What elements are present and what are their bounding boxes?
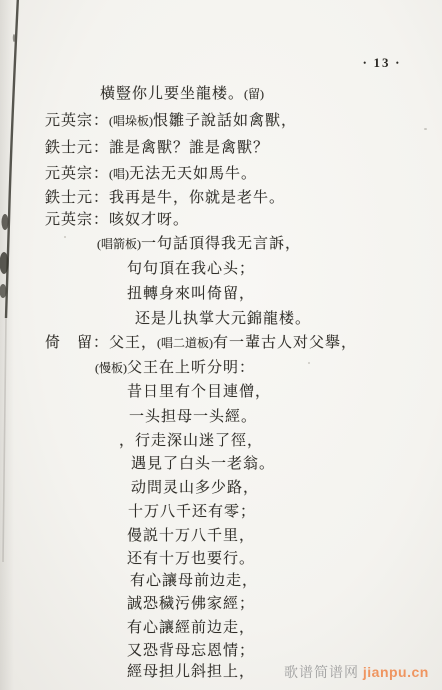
line-text: 有心讓經前边走， [127, 620, 255, 636]
line-text: 誠恐穢污佛家經； [127, 596, 255, 612]
script-line: 倚 留：父王，(唱二道板)有一輩古人对父擧， [45, 331, 357, 351]
line-text: 有心讓母前边走， [130, 573, 258, 589]
stage-direction: (唱二道板) [157, 336, 213, 350]
watermark-site-url: jianpu.cn [363, 664, 429, 680]
line-text: 动問灵山多少路， [131, 480, 259, 496]
speaker-name: 元英宗： [45, 212, 109, 228]
script-line: 又恐背母忘恩情； [127, 639, 255, 659]
script-line: 僈説十万八千里， [127, 524, 255, 544]
stage-direction: (慢板) [95, 361, 127, 375]
watermark-site-name: 歌谱简谱网 [284, 664, 359, 680]
line-text: 僈説十万八千里， [127, 528, 255, 544]
line-text: 一头担母一头經。 [129, 409, 257, 425]
script-line: 經母担儿斜担上， [127, 660, 255, 680]
script-line: 昔日里有个目連僧， [127, 380, 271, 400]
line-text: 有一輩古人对父擧， [213, 335, 357, 351]
script-line: 十万八千还有零； [128, 500, 256, 520]
stage-direction: (唱垛板) [109, 114, 153, 128]
line-text: 父王， [109, 335, 157, 351]
scan-speck [64, 236, 66, 238]
line-text: 誰是禽獸？誰是禽獸？ [109, 140, 269, 156]
line-text: 又恐背母忘恩情； [127, 643, 255, 659]
script-line: 还有十万也要行。 [127, 547, 255, 567]
line-text: 还是儿执掌大元錦龍楼。 [135, 311, 311, 327]
speaker-name: 鉄士元： [45, 190, 109, 206]
script-line: 遇見了白头一老翁。 [131, 452, 275, 472]
script-text-block: 橫豎你儿要坐龍楼。(留)元英宗：(唱垛板)恨雛子說話如禽獸，鉄士元：誰是禽獸？誰… [0, 0, 442, 690]
speaker-name: 元英宗： [45, 166, 109, 182]
line-text: 經母担儿斜担上， [127, 664, 255, 680]
script-line: 元英宗：咳奴才呀。 [45, 208, 189, 228]
line-text: 还有十万也要行。 [127, 551, 255, 567]
script-line: 动問灵山多少路， [131, 476, 259, 496]
script-line: ，行走深山迷了徑， [119, 429, 263, 449]
script-line: 元英宗：(唱垛板)恨雛子說話如禽獸， [45, 109, 297, 129]
stage-direction: (留) [244, 87, 264, 101]
script-line: 扭轉身來叫倚留， [127, 282, 255, 302]
speaker-name: 元英宗： [45, 113, 109, 129]
stage-direction: (唱) [109, 167, 129, 181]
script-line: 鉄士元：誰是禽獸？誰是禽獸？ [45, 136, 269, 156]
line-text: 父王在上听分明： [127, 360, 255, 376]
script-line: 一头担母一头經。 [129, 405, 257, 425]
script-line: (慢板)父王在上听分明： [95, 356, 255, 376]
script-line: 誠恐穢污佛家經； [127, 592, 255, 612]
watermark: 歌谱简谱网 jianpu.cn [284, 662, 429, 682]
script-line: 还是儿执掌大元錦龍楼。 [135, 307, 311, 327]
script-line: 有心讓母前边走， [130, 569, 258, 589]
line-text: 十万八千还有零； [128, 504, 256, 520]
script-line: 元英宗：(唱)无法无天如馬牛。 [45, 162, 257, 182]
line-text: 无法无天如馬牛。 [129, 166, 257, 182]
line-text: 我再是牛，你就是老牛。 [109, 190, 285, 206]
script-line: 句句頂在我心头； [127, 257, 255, 277]
script-line: (唱箭板)一句話頂得我无言訴， [97, 232, 301, 252]
scan-speck [424, 128, 427, 130]
scan-speck [308, 362, 310, 364]
speaker-name: 鉄士元： [45, 140, 109, 156]
line-text: 恨雛子說話如禽獸， [153, 113, 297, 129]
line-text: 一句話頂得我无言訴， [141, 236, 301, 252]
script-line: 鉄士元：我再是牛，你就是老牛。 [45, 186, 285, 206]
line-text: 遇見了白头一老翁。 [131, 456, 275, 472]
speaker-name: 倚 留： [45, 335, 109, 351]
line-text: 橫豎你儿要坐龍楼。 [100, 86, 244, 102]
line-text: 扭轉身來叫倚留， [127, 286, 255, 302]
script-line: 有心讓經前边走， [127, 616, 255, 636]
line-text: ，行走深山迷了徑， [119, 433, 263, 449]
line-text: 昔日里有个目連僧， [127, 384, 271, 400]
line-text: 咳奴才呀。 [109, 212, 189, 228]
line-text: 句句頂在我心头； [127, 261, 255, 277]
script-line: 橫豎你儿要坐龍楼。(留) [100, 82, 264, 102]
scanned-script-page: • 13 • 橫豎你儿要坐龍楼。(留)元英宗：(唱垛板)恨雛子說話如禽獸，鉄士元… [0, 0, 442, 690]
stage-direction: (唱箭板) [97, 237, 141, 251]
